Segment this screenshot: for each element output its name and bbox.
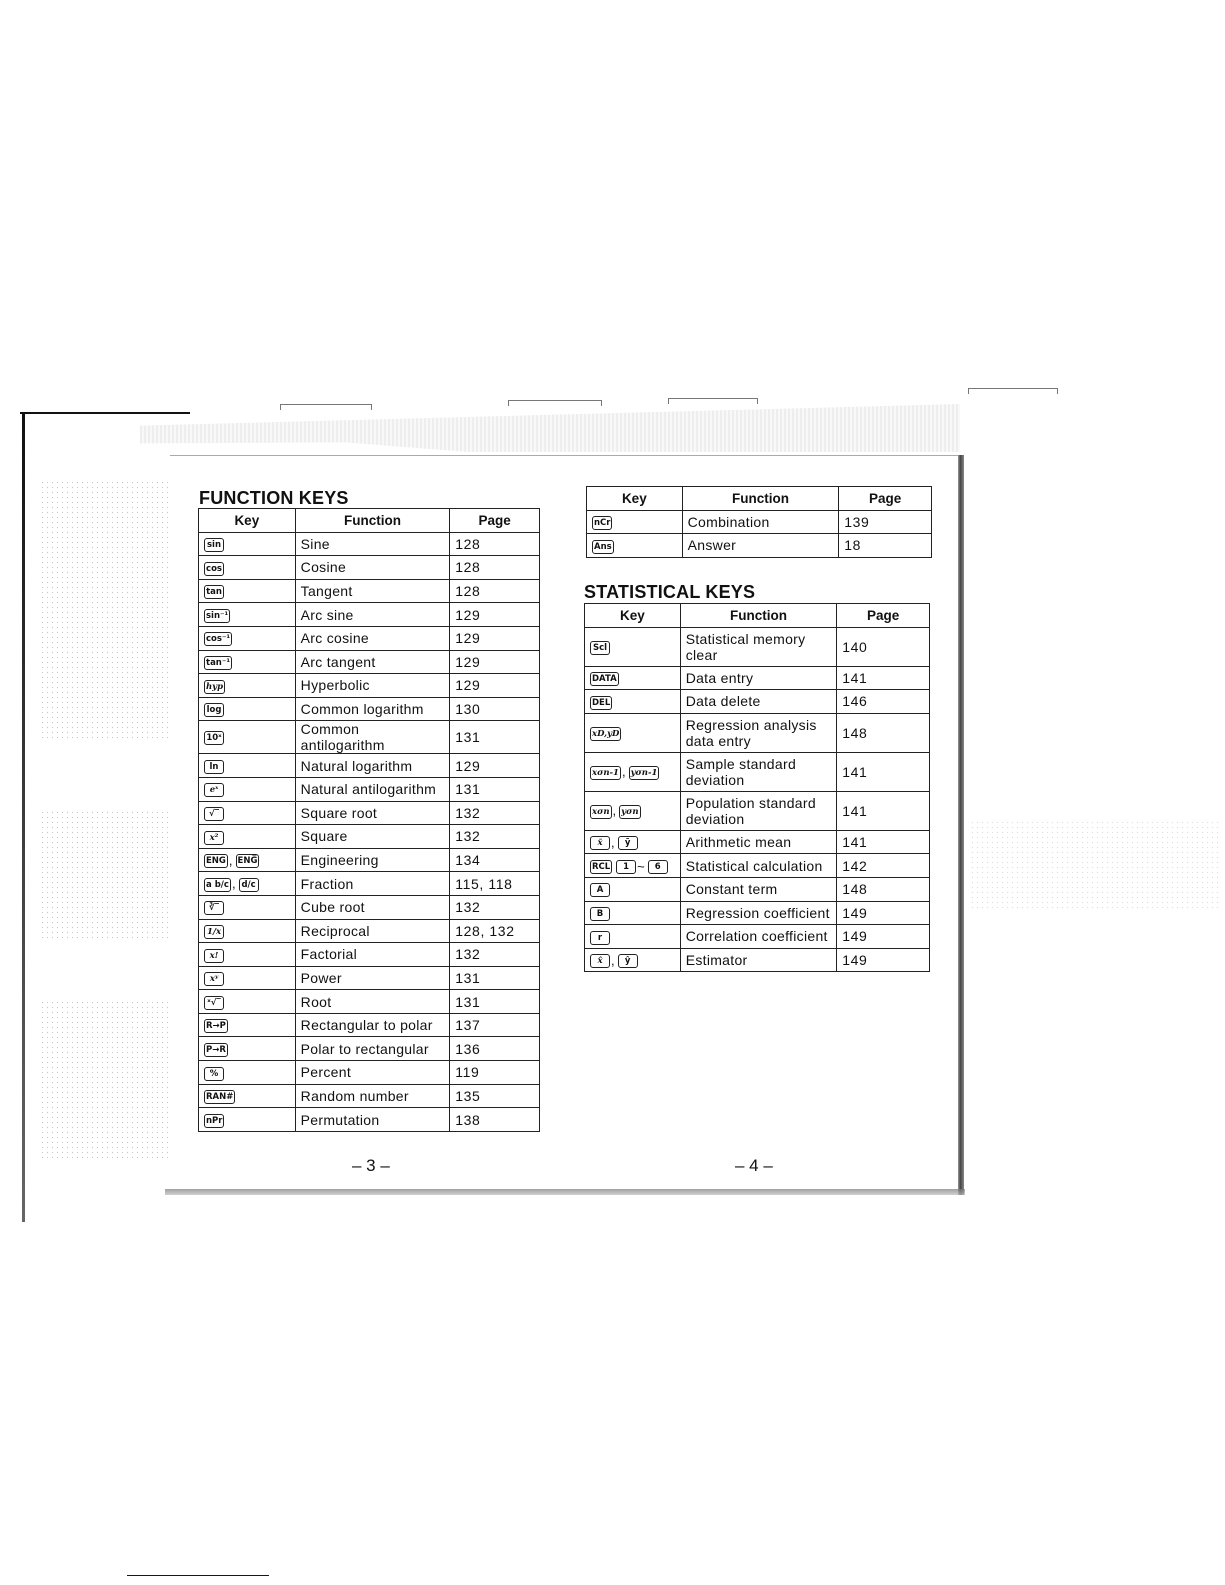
- function-cell: Cosine: [295, 556, 450, 580]
- calculator-key-icon: ln: [204, 760, 224, 774]
- page-cell: 131: [450, 721, 540, 754]
- calculator-key-icon: cos: [204, 562, 224, 576]
- page-edge: [958, 455, 964, 1195]
- function-cell: Regression coefficient: [680, 901, 837, 925]
- table-row: a b/c,d/cFraction115, 118: [199, 872, 540, 896]
- scan-noise: [40, 810, 170, 940]
- col-header-function: Function: [680, 604, 837, 628]
- calculator-key-icon: %: [204, 1067, 224, 1081]
- table-row: rCorrelation coefficient149: [585, 925, 930, 949]
- calculator-key-icon: P→R: [204, 1043, 228, 1057]
- page-edge-bottom: [165, 1189, 965, 1195]
- key-cell: r: [585, 925, 681, 949]
- function-cell: Square: [295, 825, 450, 849]
- table-row: nCrCombination139: [587, 510, 932, 534]
- page-cell: 149: [837, 925, 930, 949]
- key-cell: ˣ√‾: [199, 990, 296, 1014]
- key-cell: cos: [199, 556, 296, 580]
- calculator-key-icon: yσn: [619, 805, 640, 819]
- calculator-key-icon: DEL: [590, 696, 612, 710]
- calculator-key-icon: nPr: [204, 1114, 224, 1128]
- calculator-key-icon: Ans: [592, 540, 614, 554]
- function-cell: Statistical calculation: [680, 854, 837, 878]
- calculator-key-icon: xσn-1: [590, 766, 621, 780]
- key-cell: sin: [199, 532, 296, 556]
- col-header-function: Function: [682, 487, 839, 511]
- function-cell: Root: [295, 990, 450, 1014]
- table-row: sin⁻¹Arc sine129: [199, 603, 540, 627]
- col-header-page: Page: [837, 604, 930, 628]
- table-row: x²Square132: [199, 825, 540, 849]
- function-cell: Reciprocal: [295, 919, 450, 943]
- table-row: cos⁻¹Arc cosine129: [199, 626, 540, 650]
- table-row: ˣ√‾Root131: [199, 990, 540, 1014]
- function-cell: Random number: [295, 1084, 450, 1108]
- key-cell: Scl: [585, 627, 681, 666]
- key-cell: R→P: [199, 1013, 296, 1037]
- page-cell: 18: [839, 534, 932, 558]
- function-cell: Answer: [682, 534, 839, 558]
- page-cell: 149: [837, 948, 930, 972]
- function-keys-table: Key Function Page sinSine128cosCosine128…: [198, 508, 540, 1132]
- binder-tab: [968, 388, 1058, 394]
- page-cell: 148: [837, 713, 930, 752]
- function-cell: Statistical memory clear: [680, 627, 837, 666]
- calculator-key-icon: 6: [648, 860, 668, 874]
- page-cell: 131: [450, 966, 540, 990]
- key-cell: tan⁻¹: [199, 650, 296, 674]
- statistical-keys-table: Key Function Page SclStatistical memory …: [584, 603, 930, 972]
- key-cell: DATA: [585, 666, 681, 690]
- calculator-key-icon: sin⁻¹: [204, 609, 230, 623]
- calculator-key-icon: xσn: [590, 805, 612, 819]
- calculator-key-icon: nCr: [592, 516, 612, 530]
- function-cell: Tangent: [295, 579, 450, 603]
- function-cell: Factorial: [295, 943, 450, 967]
- binder-tab: [668, 398, 758, 404]
- col-header-key: Key: [585, 604, 681, 628]
- table-row: xσn,yσnPopulation standard deviation141: [585, 791, 930, 830]
- page-cell: 142: [837, 854, 930, 878]
- page-cell: 129: [450, 626, 540, 650]
- calculator-key-icon: xʸ: [204, 972, 224, 986]
- table-row: 1/xReciprocal128, 132: [199, 919, 540, 943]
- table-row: x̂,ŷEstimator149: [585, 948, 930, 972]
- page-number-left: – 3 –: [352, 1156, 390, 1176]
- scan-noise: [40, 480, 170, 740]
- calculator-key-icon: DATA: [590, 672, 619, 686]
- table-row: √‾Square root132: [199, 801, 540, 825]
- table-row: R→PRectangular to polar137: [199, 1013, 540, 1037]
- calculator-key-icon: x²: [204, 831, 224, 845]
- page-cell: 146: [837, 690, 930, 714]
- function-cell: Data entry: [680, 666, 837, 690]
- function-cell: Arc tangent: [295, 650, 450, 674]
- calculator-key-icon: ŷ: [618, 954, 638, 968]
- calculator-key-icon: ENG̅: [236, 854, 260, 868]
- scan-noise: [40, 1000, 170, 1160]
- calculator-key-icon: yσn-1: [629, 766, 660, 780]
- function-cell: Natural antilogarithm: [295, 777, 450, 801]
- key-cell: x!: [199, 943, 296, 967]
- table-row: logCommon logarithm130: [199, 697, 540, 721]
- key-cell: tan: [199, 579, 296, 603]
- function-cell: Correlation coefficient: [680, 925, 837, 949]
- table-row: SclStatistical memory clear140: [585, 627, 930, 666]
- table-row: DELData delete146: [585, 690, 930, 714]
- page-cell: 136: [450, 1037, 540, 1061]
- page-cell: 141: [837, 752, 930, 791]
- table-row: 10ˣCommon antilogarithm131: [199, 721, 540, 754]
- function-cell: Fraction: [295, 872, 450, 896]
- function-cell: Arc cosine: [295, 626, 450, 650]
- key-cell: ∛‾: [199, 895, 296, 919]
- function-cell: Common antilogarithm: [295, 721, 450, 754]
- calculator-key-icon: eˣ: [204, 783, 224, 797]
- function-cell: Cube root: [295, 895, 450, 919]
- link-underline: [127, 1575, 269, 1576]
- calculator-key-icon: d/c: [239, 878, 259, 892]
- key-cell: B: [585, 901, 681, 925]
- key-cell: x̂,ŷ: [585, 948, 681, 972]
- table-row: ∛‾Cube root132: [199, 895, 540, 919]
- calculator-key-icon: ∛‾: [204, 901, 224, 915]
- function-cell: Percent: [295, 1061, 450, 1085]
- key-cell: %: [199, 1061, 296, 1085]
- table-row: ENG,ENG̅Engineering134: [199, 848, 540, 872]
- col-header-function: Function: [295, 509, 450, 533]
- range-separator: ~: [637, 859, 645, 874]
- table-row: tan⁻¹Arc tangent129: [199, 650, 540, 674]
- calculator-key-icon: a b/c: [204, 878, 231, 892]
- page-cell: 131: [450, 990, 540, 1014]
- binder-frame-left: [22, 412, 25, 1222]
- table-row: x!Factorial132: [199, 943, 540, 967]
- function-keys-continued-table: Key Function Page nCrCombination139AnsAn…: [586, 486, 932, 558]
- key-cell: eˣ: [199, 777, 296, 801]
- table-row: lnNatural logarithm129: [199, 754, 540, 778]
- binder-frame-top: [20, 412, 190, 414]
- page-cell: 119: [450, 1061, 540, 1085]
- statistical-keys-title: STATISTICAL KEYS: [584, 582, 755, 603]
- binder-tab: [508, 400, 602, 406]
- page-cell: 128: [450, 579, 540, 603]
- table-row: sinSine128: [199, 532, 540, 556]
- key-cell: A: [585, 877, 681, 901]
- key-cell: RCL 1~6: [585, 854, 681, 878]
- table-row: cosCosine128: [199, 556, 540, 580]
- function-cell: Estimator: [680, 948, 837, 972]
- calculator-key-icon: tan⁻¹: [204, 656, 232, 670]
- table-row: xʸPower131: [199, 966, 540, 990]
- page-cell: 129: [450, 674, 540, 698]
- function-cell: Regression analysis data entry: [680, 713, 837, 752]
- table-row: BRegression coefficient149: [585, 901, 930, 925]
- calculator-key-icon: A: [590, 883, 610, 897]
- table-row: xD,yDRegression analysis data entry148: [585, 713, 930, 752]
- calculator-key-icon: sin: [204, 538, 224, 552]
- calculator-key-icon: x̂: [590, 954, 610, 968]
- function-cell: Hyperbolic: [295, 674, 450, 698]
- page-cell: 129: [450, 603, 540, 627]
- col-header-key: Key: [199, 509, 296, 533]
- calculator-key-icon: ENG: [204, 854, 228, 868]
- function-cell: Sample standard deviation: [680, 752, 837, 791]
- key-cell: xσn,yσn: [585, 791, 681, 830]
- calculator-key-icon: hyp: [204, 680, 225, 694]
- table-row: DATAData entry141: [585, 666, 930, 690]
- calculator-key-icon: ˣ√‾: [204, 996, 224, 1010]
- calculator-key-icon: x̄: [590, 836, 610, 850]
- calculator-key-icon: Scl: [590, 641, 610, 655]
- key-separator: ,: [229, 853, 233, 868]
- page-cell: 149: [837, 901, 930, 925]
- table-row: AConstant term148: [585, 877, 930, 901]
- table-row: RCL 1~6Statistical calculation142: [585, 854, 930, 878]
- key-cell: sin⁻¹: [199, 603, 296, 627]
- page-cell: 128: [450, 556, 540, 580]
- function-cell: Constant term: [680, 877, 837, 901]
- function-cell: Combination: [682, 510, 839, 534]
- page-cell: 130: [450, 697, 540, 721]
- page-cell: 137: [450, 1013, 540, 1037]
- page-cell: 141: [837, 666, 930, 690]
- page-cell: 148: [837, 877, 930, 901]
- calculator-key-icon: RAN#: [204, 1090, 235, 1104]
- key-cell: a b/c,d/c: [199, 872, 296, 896]
- key-cell: xσn-1,yσn-1: [585, 752, 681, 791]
- function-cell: Common logarithm: [295, 697, 450, 721]
- key-cell: Ans: [587, 534, 683, 558]
- calculator-key-icon: 1: [616, 860, 636, 874]
- key-cell: ENG,ENG̅: [199, 848, 296, 872]
- scan-noise: [970, 820, 1220, 910]
- table-row: eˣNatural antilogarithm131: [199, 777, 540, 801]
- page-cell: 134: [450, 848, 540, 872]
- calculator-key-icon: log: [204, 703, 224, 717]
- calculator-key-icon: R→P: [204, 1019, 228, 1033]
- table-row: tanTangent128: [199, 579, 540, 603]
- function-cell: Data delete: [680, 690, 837, 714]
- key-cell: P→R: [199, 1037, 296, 1061]
- function-cell: Polar to rectangular: [295, 1037, 450, 1061]
- calculator-key-icon: RCL: [590, 860, 612, 874]
- table-row: xσn-1,yσn-1Sample standard deviation141: [585, 752, 930, 791]
- function-cell: Population standard deviation: [680, 791, 837, 830]
- function-keys-title: FUNCTION KEYS: [199, 488, 349, 509]
- function-cell: Rectangular to polar: [295, 1013, 450, 1037]
- function-cell: Power: [295, 966, 450, 990]
- page-cell: 141: [837, 830, 930, 854]
- calculator-key-icon: ȳ: [618, 836, 638, 850]
- table-row: nPrPermutation138: [199, 1108, 540, 1132]
- page-cell: 129: [450, 650, 540, 674]
- calculator-key-icon: B: [590, 907, 610, 921]
- calculator-key-icon: cos⁻¹: [204, 632, 232, 646]
- page-cell: 138: [450, 1108, 540, 1132]
- page-cell: 129: [450, 754, 540, 778]
- calculator-key-icon: xD,yD: [590, 727, 621, 741]
- page-cell: 131: [450, 777, 540, 801]
- key-cell: 1/x: [199, 919, 296, 943]
- page-cell: 132: [450, 825, 540, 849]
- calculator-key-icon: √‾: [204, 807, 224, 821]
- page-cell: 128, 132: [450, 919, 540, 943]
- key-cell: nCr: [587, 510, 683, 534]
- key-cell: RAN#: [199, 1084, 296, 1108]
- page-cell: 135: [450, 1084, 540, 1108]
- key-separator: ,: [611, 835, 615, 850]
- binder-strip: [140, 404, 960, 452]
- table-row: hypHyperbolic129: [199, 674, 540, 698]
- page-cell: 132: [450, 801, 540, 825]
- page-cell: 128: [450, 532, 540, 556]
- page-cell: 141: [837, 791, 930, 830]
- key-cell: cos⁻¹: [199, 626, 296, 650]
- page-cell: 140: [837, 627, 930, 666]
- table-row: %Percent119: [199, 1061, 540, 1085]
- key-separator: ,: [622, 764, 626, 779]
- function-cell: Sine: [295, 532, 450, 556]
- col-header-page: Page: [839, 487, 932, 511]
- table-row: RAN#Random number135: [199, 1084, 540, 1108]
- key-cell: xD,yD: [585, 713, 681, 752]
- function-cell: Natural logarithm: [295, 754, 450, 778]
- key-separator: ,: [232, 876, 236, 891]
- function-cell: Arc sine: [295, 603, 450, 627]
- function-cell: Arithmetic mean: [680, 830, 837, 854]
- page-number-right: – 4 –: [735, 1156, 773, 1176]
- calculator-key-icon: 10ˣ: [204, 731, 224, 745]
- key-separator: ,: [613, 803, 617, 818]
- col-header-key: Key: [587, 487, 683, 511]
- key-separator: ,: [611, 953, 615, 968]
- page-cell: 132: [450, 943, 540, 967]
- key-cell: DEL: [585, 690, 681, 714]
- calculator-key-icon: 1/x: [204, 925, 224, 939]
- key-cell: x̄,ȳ: [585, 830, 681, 854]
- function-cell: Engineering: [295, 848, 450, 872]
- col-header-page: Page: [450, 509, 540, 533]
- key-cell: √‾: [199, 801, 296, 825]
- page-cell: 132: [450, 895, 540, 919]
- key-cell: x²: [199, 825, 296, 849]
- calculator-key-icon: r: [590, 931, 610, 945]
- binder-tab: [280, 404, 372, 410]
- key-cell: 10ˣ: [199, 721, 296, 754]
- table-row: AnsAnswer18: [587, 534, 932, 558]
- function-cell: Permutation: [295, 1108, 450, 1132]
- table-row: x̄,ȳArithmetic mean141: [585, 830, 930, 854]
- page-cell: 139: [839, 510, 932, 534]
- key-cell: log: [199, 697, 296, 721]
- calculator-key-icon: tan: [204, 585, 224, 599]
- key-cell: nPr: [199, 1108, 296, 1132]
- function-cell: Square root: [295, 801, 450, 825]
- key-cell: hyp: [199, 674, 296, 698]
- page-cell: 115, 118: [450, 872, 540, 896]
- table-row: P→RPolar to rectangular136: [199, 1037, 540, 1061]
- calculator-key-icon: x!: [204, 949, 224, 963]
- key-cell: xʸ: [199, 966, 296, 990]
- key-cell: ln: [199, 754, 296, 778]
